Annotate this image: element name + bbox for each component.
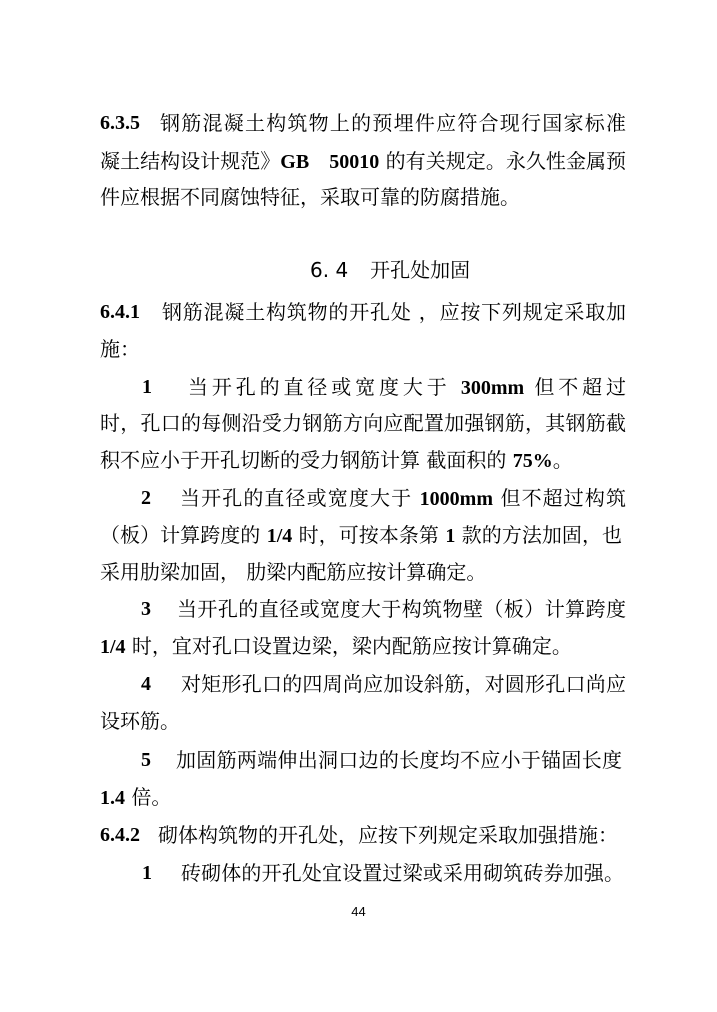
item-text: 积不应小于开孔切断的受力钢筋计算 截面积的 75%。 — [100, 447, 626, 473]
clause-6-3-5-line-2: 凝土结构设计规范》GB 50010 的有关规定。永久性金属预埋 — [0, 148, 717, 174]
clause-reference: 1 — [445, 525, 455, 547]
text-run: 时，可按本条第 — [292, 523, 445, 547]
clause-6-4-2-item-1-line-1: 1 砖砌体的开孔处宜设置过梁或采用砌筑砖券加强。砖 — [0, 860, 717, 886]
item-text: 当开孔的直径或宽度大于 300mm 但不超过 1000mm — [188, 374, 626, 400]
text-run: 当开孔的直径或宽度大于 — [188, 375, 461, 399]
clause-text: 施： — [100, 336, 626, 362]
item-text: 当开孔的直径或宽度大于 1000mm 但不超过构筑物壁 — [180, 485, 626, 511]
item-text: 时，孔口的每侧沿受力钢筋方向应配置加强钢筋，其钢筋截面 — [100, 410, 626, 436]
clause-6-4-1-line-1: 6.4.1 钢筋混凝土构筑物的开孔处 ，应按下列规定采取加强措 — [0, 299, 717, 325]
text-run: 倍。 — [125, 785, 171, 809]
item-4-line-1: 4 对矩形孔口的四周尚应加设斜筋，对圆形孔口尚应加 — [0, 671, 717, 697]
item-text: 1.4 倍。 — [100, 784, 626, 810]
clause-number: 6.4.2 — [100, 822, 140, 848]
item-text: 设环筋。 — [100, 708, 626, 734]
text-run: 砖砌体的开孔处宜设置过梁或采用砌筑砖券加强。砖 — [181, 861, 624, 886]
item-number: 5 — [141, 747, 151, 773]
item-2-line-2: （板）计算跨度的 1/4 时，可按本条第 1 款的方法加固，也可 — [0, 522, 717, 548]
clause-number: 6.3.5 — [100, 110, 140, 136]
item-text: 砖砌体的开孔处宜设置过梁或采用砌筑砖券加强。砖 — [181, 860, 624, 886]
item-text: 采用肋梁加固， 肋梁内配筋应按计算确定。 — [100, 559, 626, 585]
ratio-value: 1/4 — [100, 636, 126, 658]
item-text: 当开孔的直径或宽度大于构筑物壁（板）计算跨度的 — [177, 596, 626, 622]
clause-text: 凝土结构设计规范》GB 50010 的有关规定。永久性金属预埋 — [100, 148, 626, 174]
text-run: 施： — [100, 337, 140, 361]
item-text: 加固筋两端伸出洞口边的长度均不应小于锚固长度的 — [176, 747, 622, 773]
standard-code: GB 50010 — [280, 151, 379, 173]
item-1-line-1: 1 当开孔的直径或宽度大于 300mm 但不超过 1000mm — [0, 374, 717, 400]
item-number: 1 — [142, 374, 152, 400]
item-3-line-2: 1/4 时，宜对孔口设置边梁，梁内配筋应按计算确定。 — [0, 633, 717, 659]
text-run: 凝土结构设计规范》 — [100, 149, 280, 173]
item-4-line-2: 设环筋。 — [0, 708, 717, 734]
text-run: 件应根据不同腐蚀特征，采取可靠的防腐措施。 — [100, 185, 520, 209]
item-2-line-3: 采用肋梁加固， 肋梁内配筋应按计算确定。 — [0, 559, 717, 585]
document-page: 6.3.5 钢筋混凝土构筑物上的预埋件应符合现行国家标准 《混 凝土结构设计规范… — [0, 0, 717, 1012]
item-5-line-2: 1.4 倍。 — [0, 784, 717, 810]
dimension-value: 300mm — [461, 377, 524, 399]
section-number: 6. 4 — [310, 258, 348, 282]
item-text: （板）计算跨度的 1/4 时，可按本条第 1 款的方法加固，也可 — [100, 522, 622, 548]
clause-6-3-5-line-1: 6.3.5 钢筋混凝土构筑物上的预埋件应符合现行国家标准 《混 — [0, 110, 717, 136]
item-5-line-1: 5 加固筋两端伸出洞口边的长度均不应小于锚固长度的 — [0, 747, 717, 773]
text-run: 但不超过 — [524, 375, 626, 399]
text-run: （板）计算跨度的 — [100, 523, 267, 547]
clause-text: 件应根据不同腐蚀特征，采取可靠的防腐措施。 — [100, 184, 626, 210]
page-number: 44 — [0, 904, 717, 919]
dimension-value: 1000mm — [420, 488, 493, 510]
ratio-value: 1/4 — [267, 525, 293, 547]
percentage-value: 75% — [513, 450, 553, 472]
text-run: 设环筋。 — [100, 709, 180, 733]
text-run: 钢筋混凝土构筑物上的预埋件应符合现行国家标准 《混 — [160, 111, 626, 136]
section-heading: 6. 4开孔处加固 — [310, 257, 470, 283]
item-number: 2 — [141, 485, 151, 511]
text-run: 当开孔的直径或宽度大于构筑物壁（板）计算跨度的 — [177, 597, 626, 622]
multiplier-value: 1.4 — [100, 787, 125, 809]
item-1-line-3: 积不应小于开孔切断的受力钢筋计算 截面积的 75%。 — [0, 447, 717, 473]
item-1-line-2: 时，孔口的每侧沿受力钢筋方向应配置加强钢筋，其钢筋截面 — [0, 410, 717, 436]
text-run: 当开孔的直径或宽度大于 — [180, 486, 420, 510]
clause-number: 6.4.1 — [100, 299, 140, 325]
item-text: 1/4 时，宜对孔口设置边梁，梁内配筋应按计算确定。 — [100, 633, 626, 659]
item-2-line-1: 2 当开孔的直径或宽度大于 1000mm 但不超过构筑物壁 — [0, 485, 717, 511]
text-run: 时，宜对孔口设置边梁，梁内配筋应按计算确定。 — [126, 634, 572, 658]
clause-text: 钢筋混凝土构筑物的开孔处 ，应按下列规定采取加强措 — [162, 299, 626, 325]
text-run: 钢筋混凝土构筑物的开孔处 ，应按下列规定采取加强措 — [162, 300, 626, 325]
clause-6-4-1-line-2: 施： — [0, 336, 717, 362]
item-number: 4 — [141, 671, 151, 697]
text-run: 对矩形孔口的四周尚应加设斜筋，对圆形孔口尚应加 — [181, 672, 626, 697]
text-run: 积不应小于开孔切断的受力钢筋计算 截面积的 — [100, 448, 513, 472]
section-title: 开孔处加固 — [370, 258, 470, 282]
item-text: 对矩形孔口的四周尚应加设斜筋，对圆形孔口尚应加 — [181, 671, 626, 697]
item-number: 3 — [141, 596, 151, 622]
text-run: 采用肋梁加固， 肋梁内配筋应按计算确定。 — [100, 560, 486, 584]
text-run: 加固筋两端伸出洞口边的长度均不应小于锚固长度的 — [176, 748, 622, 773]
text-run: 时，孔口的每侧沿受力钢筋方向应配置加强钢筋，其钢筋截面 — [100, 411, 626, 436]
item-number: 1 — [142, 860, 152, 886]
text-run: 砌体构筑物的开孔处，应按下列规定采取加强措施： — [158, 823, 618, 847]
clause-text: 钢筋混凝土构筑物上的预埋件应符合现行国家标准 《混 — [160, 110, 626, 136]
clause-text: 砌体构筑物的开孔处，应按下列规定采取加强措施： — [158, 822, 626, 848]
text-run: 。 — [553, 448, 573, 472]
clause-6-3-5-line-3: 件应根据不同腐蚀特征，采取可靠的防腐措施。 — [0, 184, 717, 210]
item-3-line-1: 3 当开孔的直径或宽度大于构筑物壁（板）计算跨度的 — [0, 596, 717, 622]
clause-6-4-2-line-1: 6.4.2 砌体构筑物的开孔处，应按下列规定采取加强措施： — [0, 822, 717, 848]
